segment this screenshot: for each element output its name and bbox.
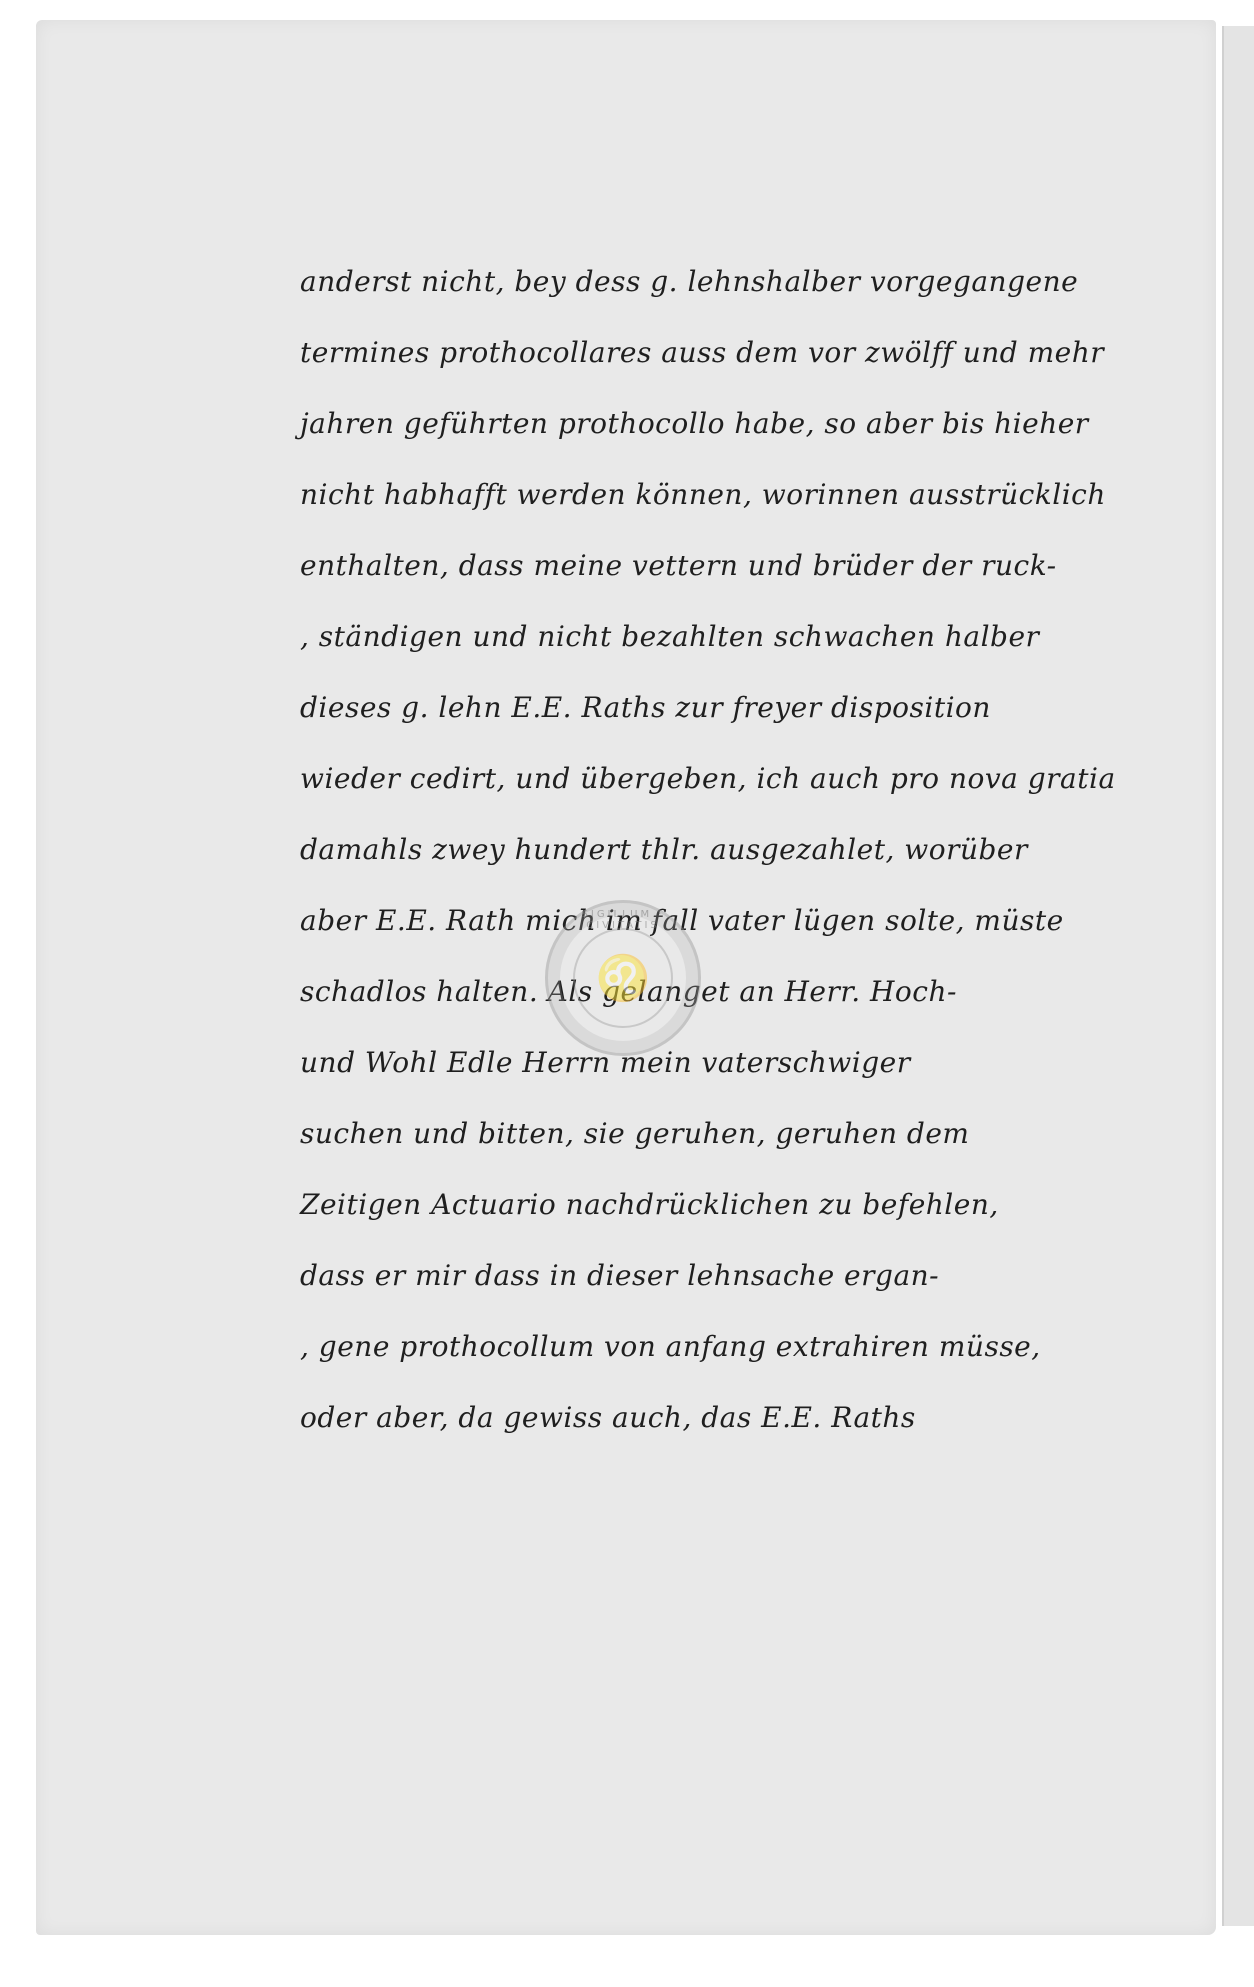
text-line: dieses g. lehn E.E. Raths zur freyer dis… (300, 688, 1200, 759)
archive-stamp-seal: SIGILLUM · CIVITATIS ♌ (545, 900, 701, 1056)
text-line: schadlos halten. Als gelanget an Herr. H… (300, 972, 1200, 1043)
text-line: , ständigen und nicht bezahlten schwache… (300, 617, 1200, 688)
handwritten-text-block: anderst nicht, bey dess g. lehnshalber v… (300, 262, 1200, 1469)
text-line: Zeitigen Actuario nachdrücklichen zu bef… (300, 1185, 1200, 1256)
text-line: und Wohl Edle Herrn mein vaterschwiger (300, 1043, 1200, 1114)
text-line: nicht habhafft werden können, worinnen a… (300, 475, 1200, 546)
text-line: anderst nicht, bey dess g. lehnshalber v… (300, 262, 1200, 333)
text-line: jahren geführten prothocollo habe, so ab… (300, 404, 1200, 475)
text-line: , gene prothocollum von anfang extrahire… (300, 1327, 1200, 1398)
text-line: aber E.E. Rath mich im fall vater lügen … (300, 901, 1200, 972)
text-line: damahls zwey hundert thlr. ausgezahlet, … (300, 830, 1200, 901)
text-line: enthalten, dass meine vettern und brüder… (300, 546, 1200, 617)
text-line: wieder cedirt, und übergeben, ich auch p… (300, 759, 1200, 830)
lion-emblem-icon: ♌ (573, 928, 673, 1028)
text-line: termines prothocollares auss dem vor zwö… (300, 333, 1200, 404)
adjacent-page-edge (1222, 26, 1254, 1926)
text-line: suchen und bitten, sie geruhen, geruhen … (300, 1114, 1200, 1185)
text-line: dass er mir dass in dieser lehnsache erg… (300, 1256, 1200, 1327)
text-line: oder aber, da gewiss auch, das E.E. Rath… (300, 1398, 1200, 1469)
seal-legend: SIGILLUM · CIVITATIS (548, 909, 698, 931)
